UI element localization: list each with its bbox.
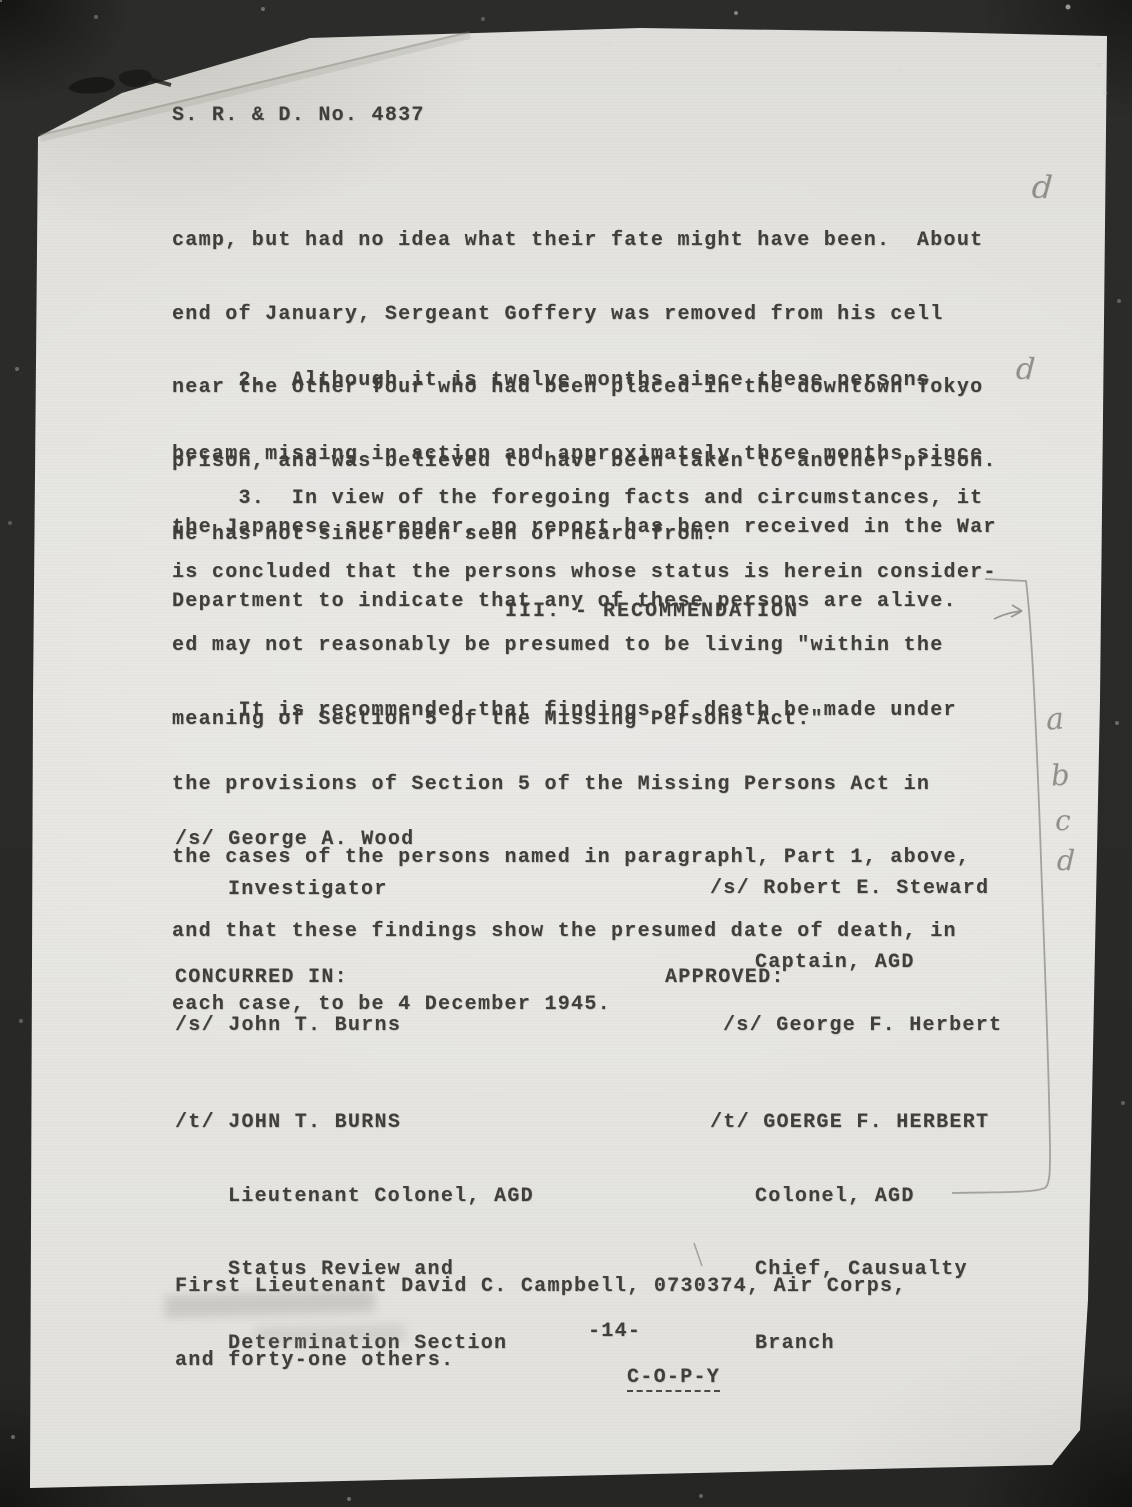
copy-label-text: C-O-P-Y — [627, 1366, 720, 1392]
doc-number: S. R. & D. No. 4837 — [172, 104, 425, 129]
pencil-mark-a: a — [1045, 701, 1065, 737]
film-specks — [0, 0, 2, 2]
text-line: /t/ GOERGE F. HERBERT — [710, 1111, 989, 1136]
text-line: 3. In view of the foregoing facts and ci… — [172, 487, 997, 512]
text-line: /s/ Robert E. Steward — [710, 877, 989, 902]
section-heading: III. - RECOMMENDATION — [505, 600, 799, 625]
signature-concurred: /s/ John T. Burns — [175, 1014, 401, 1039]
ink-blot-icon — [68, 77, 115, 93]
concurred-label: CONCURRED IN: — [175, 966, 348, 991]
pencil-mark-c: c — [1054, 804, 1071, 838]
pencil-mark-b: b — [1050, 758, 1070, 793]
pencil-mark-d1: d — [1031, 167, 1054, 206]
page-number: -14- — [588, 1320, 641, 1345]
approved-label: APPROVED: — [665, 966, 785, 991]
text-line: /t/ JOHN T. BURNS — [175, 1111, 534, 1136]
signature-captain: /s/ Robert E. Steward Captain, AGD — [710, 828, 989, 1024]
text-line: 2. Although it is twelve months since th… — [172, 369, 997, 394]
signature-investigator-title: Investigator — [228, 878, 388, 903]
ink-blot-icon — [119, 70, 152, 88]
text-line: Lieutenant Colonel, AGD — [175, 1185, 534, 1210]
reference-note: First Lieutenant David C. Campbell, 0730… — [175, 1226, 907, 1422]
text-line: and forty-one others. — [175, 1349, 907, 1374]
text-line: It is recommended that findings of death… — [172, 699, 970, 724]
signature-approved: /s/ George F. Herbert — [723, 1014, 1002, 1039]
signature-investigator: /s/ George A. Wood — [175, 828, 414, 853]
copy-label: C-O-P-Y — [627, 1366, 720, 1391]
pencil-mark-d2: d — [1015, 352, 1036, 388]
scan-background: S. R. & D. No. 4837 camp, but had no ide… — [0, 0, 1132, 1507]
text-line: camp, but had no idea what their fate mi… — [172, 229, 997, 254]
text-line: Colonel, AGD — [710, 1185, 989, 1210]
pencil-mark-d3: d — [1056, 844, 1075, 878]
stamp-smudge — [255, 1325, 405, 1344]
text-line: is concluded that the persons whose stat… — [172, 561, 997, 586]
text-line: the provisions of Section 5 of the Missi… — [172, 773, 970, 798]
